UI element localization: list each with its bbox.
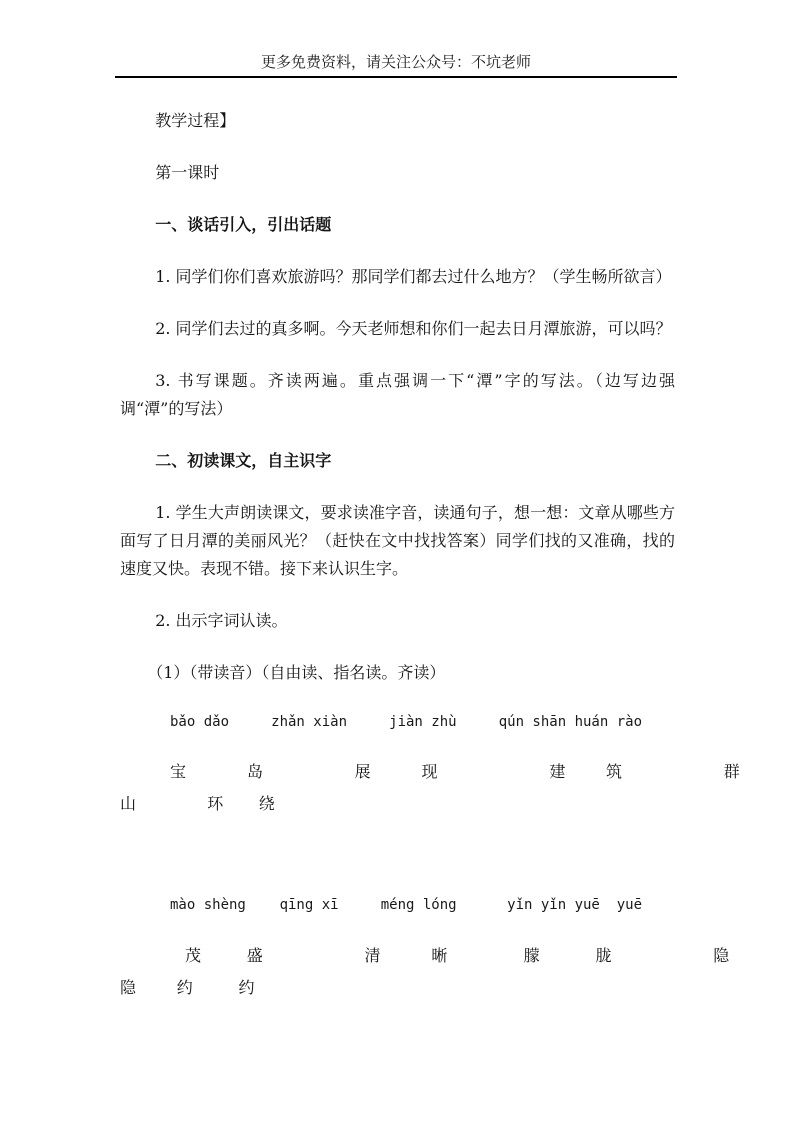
page-header: 更多免费资料，请关注公众号：不坑老师	[115, 0, 677, 78]
section-1-paragraph-1: 1. 同学们你们喜欢旅游吗？那同学们都去过什么地方？（学生畅所欲言）	[120, 263, 675, 291]
document-page: 更多免费资料，请关注公众号：不坑老师 教学过程】 第一课时 一、谈话引入，引出话…	[0, 0, 793, 1122]
character-row-2-line-2: 隐 约 约	[120, 973, 675, 1003]
fragment-title: 教学过程】	[120, 107, 675, 135]
section-2-heading: 二、初读课文，自主识字	[120, 447, 675, 475]
section-1-paragraph-2: 2. 同学们去过的真多啊。今天老师想和你们一起去日月潭旅游，可以吗？	[120, 315, 675, 343]
section-2-paragraph-3: （1）（带读音）（自由读、指名读。齐读）	[120, 659, 675, 687]
character-row-1-line-1: 宝 岛 展 现 建 筑 群	[120, 757, 675, 787]
pinyin-row-1: bǎo dǎo zhǎn xiàn jiàn zhù qún shān huán…	[120, 707, 675, 737]
character-row-1-line-2: 山 环 绕	[120, 789, 675, 819]
period-label: 第一课时	[120, 159, 675, 187]
document-body: 教学过程】 第一课时 一、谈话引入，引出话题 1. 同学们你们喜欢旅游吗？那同学…	[120, 78, 675, 1003]
section-2-paragraph-2: 2. 出示字词认读。	[120, 607, 675, 635]
character-row-2-line-1: 茂 盛 清 晰 朦 胧 隐	[120, 941, 675, 971]
section-1-heading: 一、谈话引入，引出话题	[120, 211, 675, 239]
section-2-paragraph-1: 1. 学生大声朗读课文，要求读准字音，读通句子，想一想：文章从哪些方面写了日月潭…	[120, 499, 675, 583]
pinyin-row-2: mào shèng qīng xī méng lóng yǐn yǐn yuē …	[120, 890, 675, 920]
section-1-paragraph-3: 3. 书写课题。齐读两遍。重点强调一下“潭”字的写法。（边写边强调“潭”的写法）	[120, 367, 675, 423]
header-note: 更多免费资料，请关注公众号：不坑老师	[115, 52, 677, 72]
